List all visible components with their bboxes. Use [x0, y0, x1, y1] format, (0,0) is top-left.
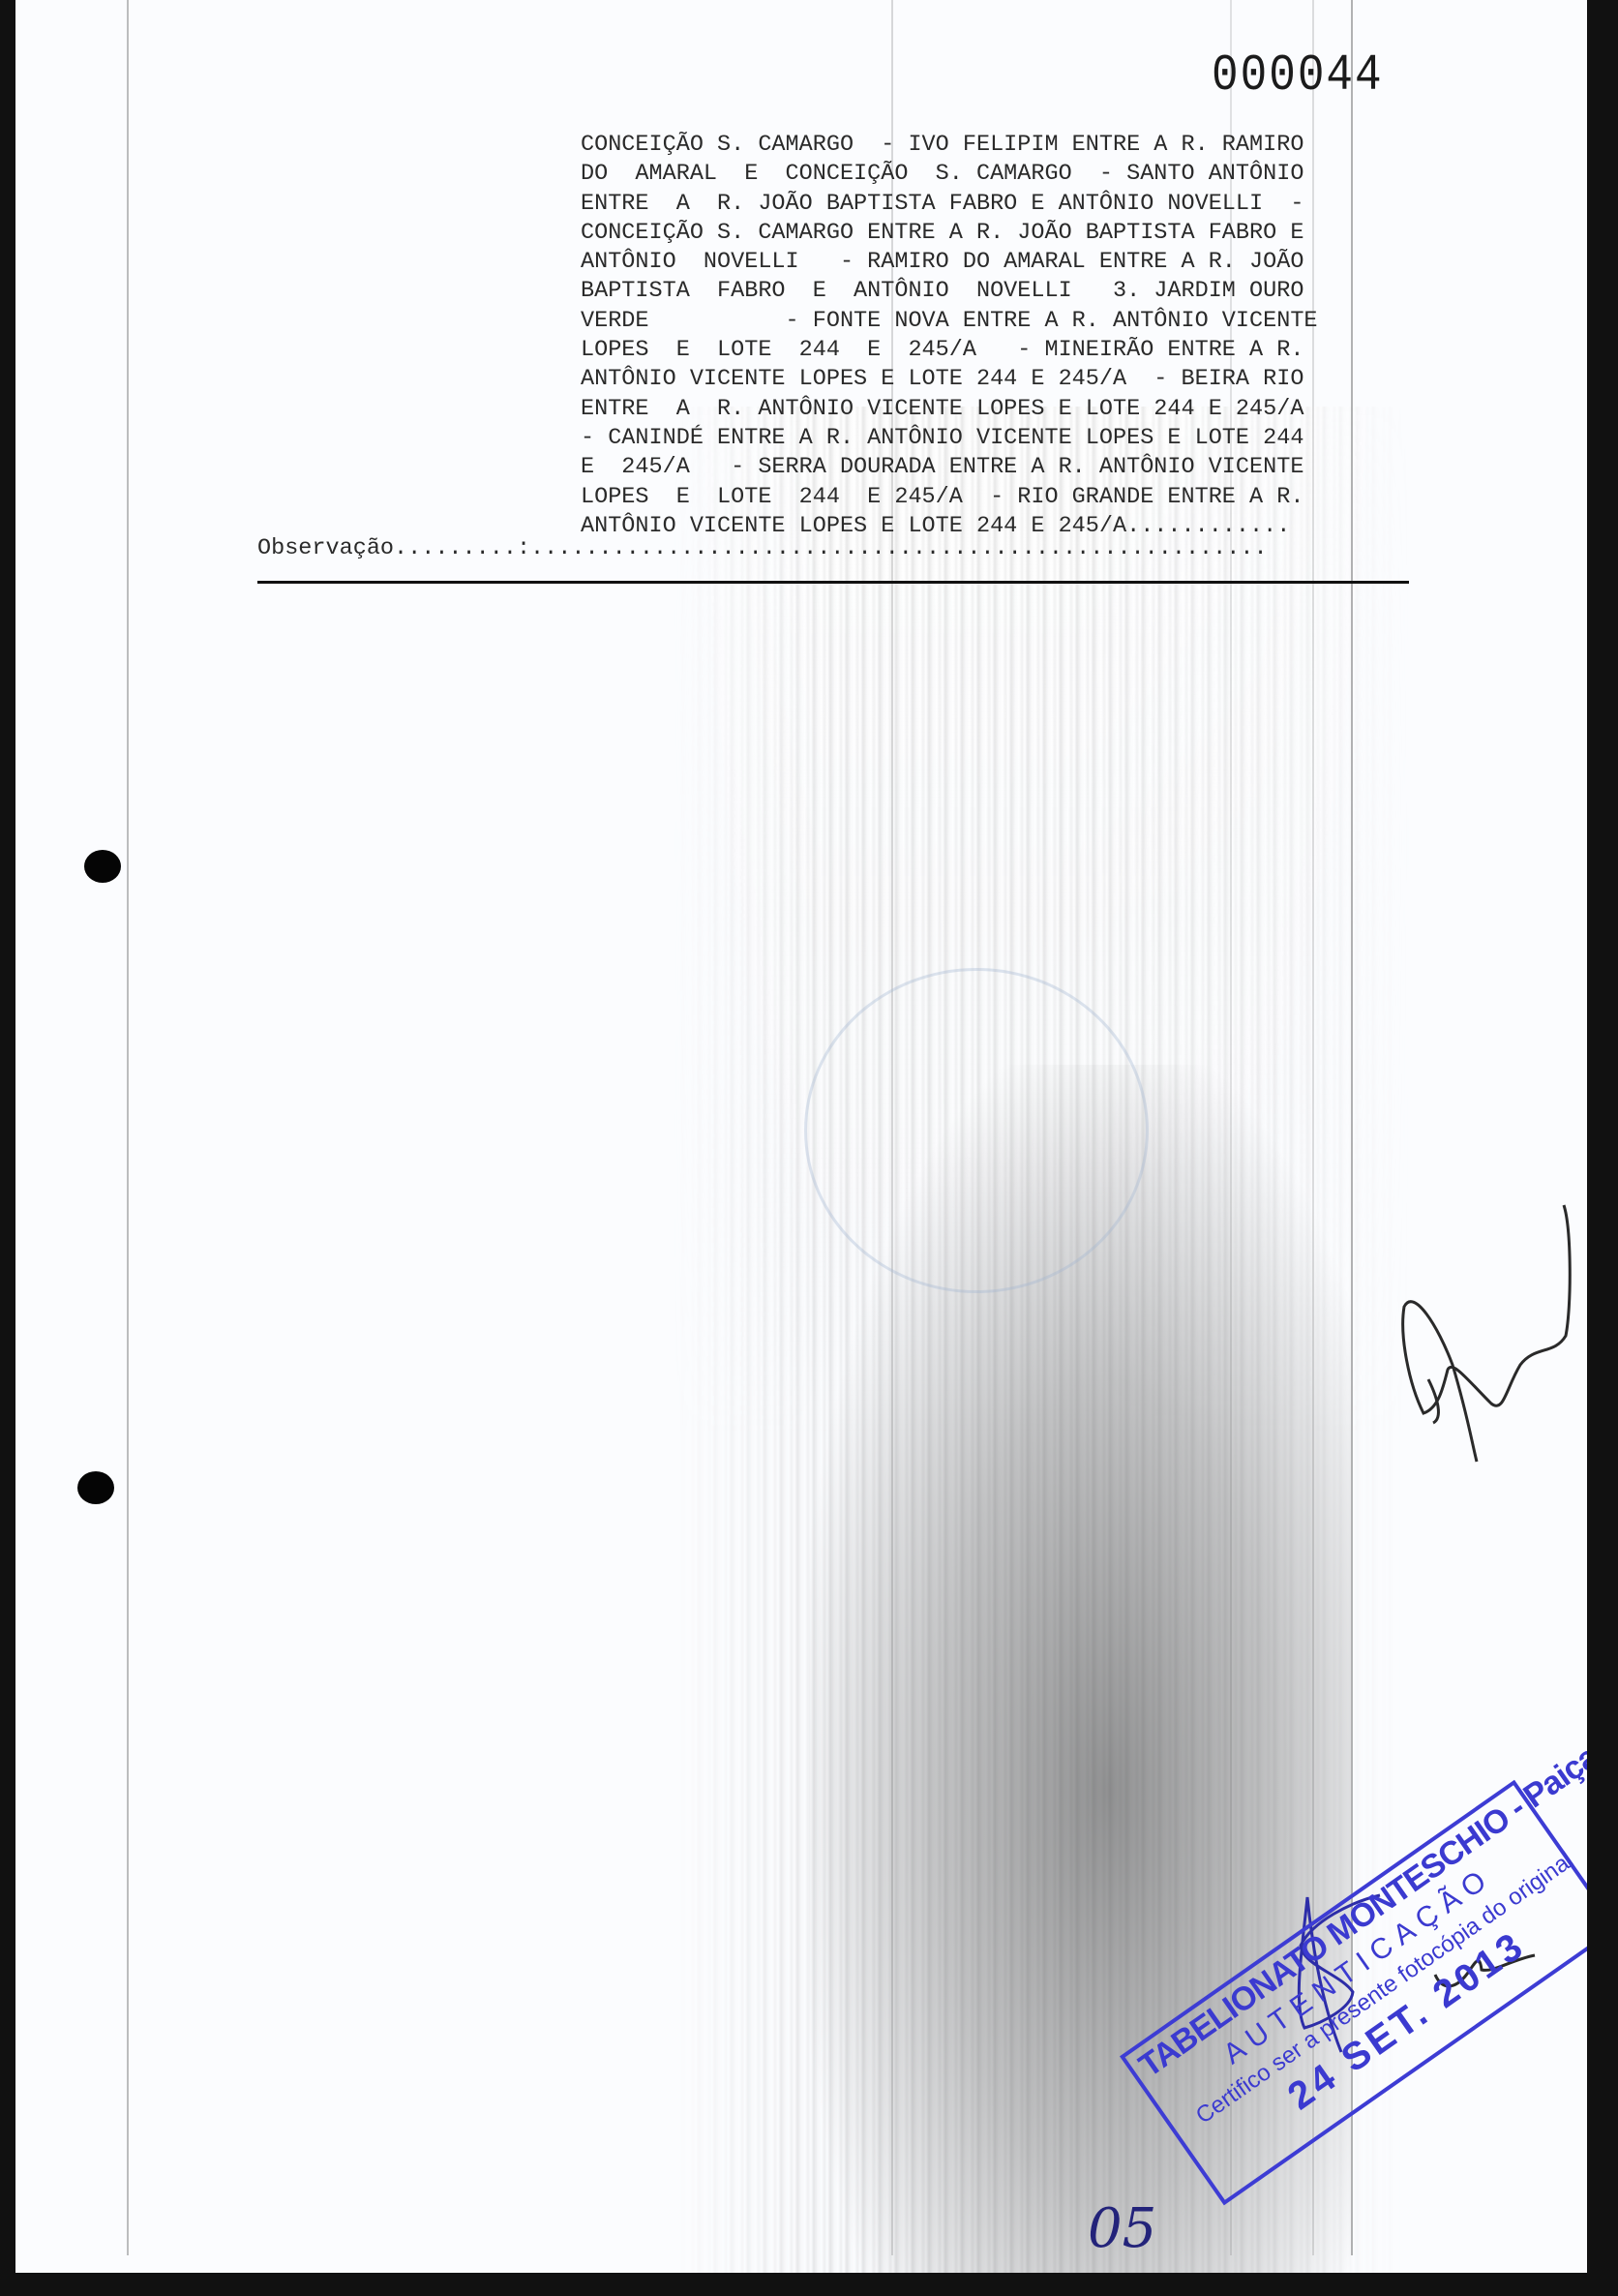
faded-seal-stamp — [804, 968, 1149, 1293]
body-line: CONCEIÇÃO S. CAMARGO ENTRE A R. JOÃO BAP… — [581, 219, 1393, 248]
scan-line — [127, 0, 129, 2255]
body-line: ANTÔNIO NOVELLI - RAMIRO DO AMARAL ENTRE… — [581, 248, 1393, 277]
body-line: VERDE - FONTE NOVA ENTRE A R. ANTÔNIO VI… — [581, 307, 1393, 336]
handwritten-page-number: 05 — [1088, 2197, 1156, 2260]
body-line: - CANINDÉ ENTRE A R. ANTÔNIO VICENTE LOP… — [581, 424, 1393, 453]
body-line: E 245/A - SERRA DOURADA ENTRE A R. ANTÔN… — [581, 453, 1393, 482]
body-line: ENTRE A R. JOÃO BAPTISTA FABRO E ANTÔNIO… — [581, 190, 1393, 219]
signature-mark — [1399, 1191, 1573, 1462]
body-line: LOPES E LOTE 244 E 245/A - MINEIRÃO ENTR… — [581, 336, 1393, 365]
body-line: LOPES E LOTE 244 E 245/A - RIO GRANDE EN… — [581, 483, 1393, 512]
binding-hole — [77, 1471, 114, 1504]
scanned-page: 000044 CONCEIÇÃO S. CAMARGO - IVO FELIPI… — [15, 0, 1587, 2273]
body-line: DO AMARAL E CONCEIÇÃO S. CAMARGO - SANTO… — [581, 160, 1393, 189]
observation-field: Observação.........:....................… — [257, 535, 1399, 561]
binding-hole — [84, 850, 121, 883]
body-line: BAPTISTA FABRO E ANTÔNIO NOVELLI 3. JARD… — [581, 277, 1393, 306]
body-line: CONCEIÇÃO S. CAMARGO - IVO FELIPIM ENTRE… — [581, 131, 1393, 160]
document-body-text: CONCEIÇÃO S. CAMARGO - IVO FELIPIM ENTRE… — [581, 131, 1393, 541]
body-line: ENTRE A R. ANTÔNIO VICENTE LOPES E LOTE … — [581, 395, 1393, 424]
body-line: ANTÔNIO VICENTE LOPES E LOTE 244 E 245/A… — [581, 365, 1393, 394]
section-divider — [257, 581, 1409, 584]
document-page-number: 000044 — [1212, 46, 1384, 105]
